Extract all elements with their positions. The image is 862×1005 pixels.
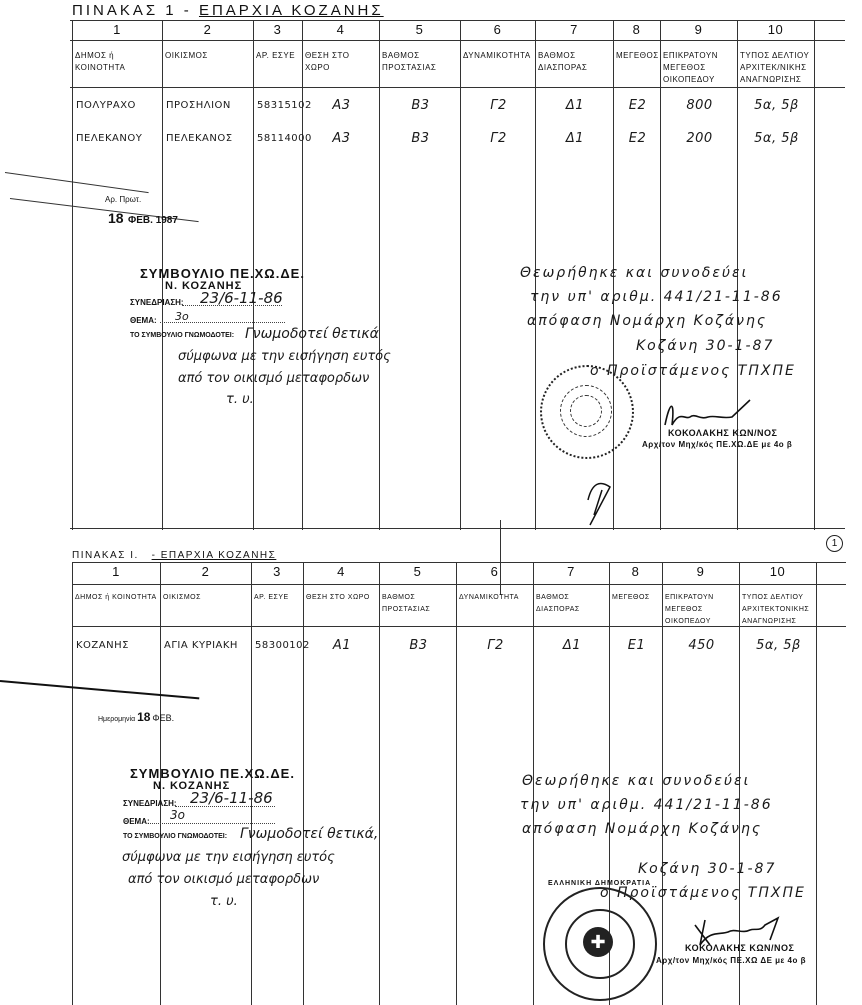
table-cell: Δ1 [539, 133, 611, 145]
date-rest: ΦΕΒ. [152, 713, 174, 723]
table2-opinion-label: ΤΟ ΣΥΜΒΟΥΛΙΟ ΓΝΩΜΟΔΟΤΕΙ: [123, 833, 227, 840]
column-header: ΔΥΝΑΜΙΚΟΤΗΤΑ [459, 592, 530, 604]
table2-opinion-line-4: τ. υ. [210, 894, 238, 909]
table-cell: Ε1 [613, 640, 660, 652]
table1-session-value: 23/6-11-86 [200, 289, 283, 307]
table2-session-label: ΣΥΝΕΔΡΙΑΣΗ: [123, 799, 177, 808]
table1-approval-line-4: Κοζάνη 30-1-87 [636, 335, 774, 357]
column-number: 4 [302, 24, 379, 36]
table2-signatory-name: ΚΟΚΟΛΑΚΗΣ ΚΩΝ/ΝΟΣ [685, 943, 794, 953]
column-header: ΤΥΠΟΣ ΔΕΛΤΙΟΥ ΑΡΧΙΤΕΚ/ΝΙΚΗΣ ΑΝΑΓΝΩΡΙΣΗΣ [740, 50, 811, 86]
column-number: 7 [535, 24, 613, 36]
column-header: ΕΠΙΚΡΑΤΟΥΝ ΜΕΓΕΘΟΣ ΟΙΚΟΠΕΔΟΥ [663, 50, 734, 86]
column-number: 6 [456, 566, 533, 578]
page-number-badge: 1 [826, 535, 843, 552]
table2-council-title: ΣΥΜΒΟΥΛΙΟ ΠΕ.ΧΩ.ΔΕ. [130, 766, 295, 781]
table-cell: ΑΓΙΑ ΚΥΡΙΑΚΗ [164, 640, 249, 652]
table-cell: Α3 [306, 133, 377, 145]
page-number: 1 [832, 538, 838, 549]
column-header: ΤΥΠΟΣ ΔΕΛΤΙΟΥ ΑΡΧΙΤΕΚΤΟΝΙΚΗΣ ΑΝΑΓΝΩΡΙΣΗΣ [742, 592, 813, 628]
table-cell: Δ1 [537, 640, 607, 652]
column-number: 6 [460, 24, 535, 36]
table2-subject-label: ΘΕΜΑ: [123, 817, 150, 826]
table2-opinion-line-3: από τον οικισμό μεταφορδων [128, 872, 319, 887]
table1-received-label: Αρ. Πρωτ. [105, 195, 141, 204]
column-header: ΜΕΓΕΘΟΣ [612, 592, 659, 604]
table-cell: Γ2 [460, 640, 531, 652]
column-number: 5 [379, 24, 460, 36]
table-cell: Γ2 [464, 133, 533, 145]
table-cell: Ε2 [617, 100, 658, 112]
table1-opinion-label: ΤΟ ΣΥΜΒΟΥΛΙΟ ΓΝΩΜΟΔΟΤΕΙ: [130, 332, 234, 339]
date-day: 18 [108, 210, 124, 226]
column-header: ΒΑΘΜΟΣ ΠΡΟΣΤΑΣΙΑΣ [382, 592, 453, 616]
table2-approval-line-2: την υπ' αριθμ. 441/21-11-86 [520, 794, 773, 816]
table2-title: ΠΙΝΑΚΑΣ Ι. - ΕΠΑΡΧΙΑ ΚΟΖΑΝΗΣ [72, 550, 276, 561]
table1-opinion-line-4: τ. υ. [226, 392, 254, 407]
table-cell: 58114000 [257, 133, 300, 145]
table-cell: 58300102 [255, 640, 301, 652]
column-number: 4 [303, 566, 379, 578]
column-header: ΑΡ. ΕΣΥΕ [254, 592, 300, 604]
table-cell: Α3 [306, 100, 377, 112]
column-header: ΔΗΜΟΣ ή ΚΟΙΝΟΤΗΤΑ [75, 50, 159, 74]
table2-subject-value: 3ο [170, 808, 185, 822]
column-number: 3 [253, 24, 302, 36]
table-cell: Α1 [307, 640, 377, 652]
table-cell: ΠΕΛΕΚΑΝΟΥ [76, 133, 160, 145]
table2-opinion-line-2: σύμφωνα με την εισήγηση ευτός [122, 850, 335, 865]
column-number: 9 [660, 24, 737, 36]
column-number: 2 [160, 566, 251, 578]
table1-session-label: ΣΥΝΕΔΡΙΑΣΗ: [130, 298, 184, 307]
column-number: 1 [72, 24, 162, 36]
date-day: 18 [137, 710, 150, 724]
table-cell: ΠΡΟΣΗΛΙΟΝ [166, 100, 251, 112]
column-number: 8 [613, 24, 660, 36]
column-number: 1 [72, 566, 160, 578]
table2-approval-line-1: Θεωρήθηκε και συνοδεύει [522, 770, 750, 792]
table-cell: Β3 [383, 133, 458, 145]
column-header: ΒΑΘΜΟΣ ΠΡΟΣΤΑΣΙΑΣ [382, 50, 457, 74]
table2-session-value: 23/6-11-86 [190, 789, 273, 807]
column-header: ΘΕΣΗ ΣΤΟ ΧΩΡΟ [306, 592, 376, 604]
table1-opinion-line-3: από τον οικισμό μεταφορδων [178, 371, 369, 386]
table-cell: ΠΟΛΥΡΑΧΟ [76, 100, 160, 112]
table1-subject-label: ΘΕΜΑ: [130, 316, 157, 325]
table2-title-region: - ΕΠΑΡΧΙΑ ΚΟΖΑΝΗΣ [152, 550, 277, 561]
column-number: 7 [533, 566, 609, 578]
table1-signatory-name: ΚΟΚΟΛΑΚΗΣ ΚΩΝ/ΝΟΣ [668, 428, 777, 438]
table2-title-prefix: ΠΙΝΑΚΑΣ Ι. [72, 550, 139, 561]
column-number: 2 [162, 24, 253, 36]
column-number: 5 [379, 566, 456, 578]
table1-approval-line-1: Θεωρήθηκε και συνοδεύει [520, 262, 748, 284]
table1-received-date: 18 ΦΕΒ. 1987 [108, 210, 178, 228]
table1-title-prefix: ΠΙΝΑΚΑΣ 1 - [72, 2, 192, 19]
column-header: ΘΕΣΗ ΣΤΟ ΧΩΡΟ [305, 50, 376, 74]
column-number: 9 [662, 566, 739, 578]
initials-icon [580, 475, 620, 530]
table1-signatory-role: Αρχ/τον Μηχ/κός ΠΕ.ΧΩ.ΔΕ με 4ο β [642, 440, 792, 449]
column-number: 10 [737, 24, 814, 36]
column-header: ΟΙΚΙΣΜΟΣ [163, 592, 248, 604]
table1-title: ΠΙΝΑΚΑΣ 1 - ΕΠΑΡΧΙΑ ΚΟΖΑΝΗΣ [72, 2, 384, 19]
column-header: ΑΡ. ΕΣΥΕ [256, 50, 299, 62]
column-number: 10 [739, 566, 816, 578]
table-cell: Ε2 [617, 133, 658, 145]
table2-opinion-line-1: Γνωμοδοτεί θετικά, [240, 826, 378, 842]
table2-approval-line-4: Κοζάνη 30-1-87 [638, 858, 776, 880]
date-rest: ΦΕΒ. 1987 [128, 215, 178, 226]
table-cell: Β3 [383, 100, 458, 112]
table1-approval-line-3: απόφαση Νομάρχη Κοζάνης [527, 310, 767, 332]
column-header: ΒΑΘΜΟΣ ΔΙΑΣΠΟΡΑΣ [538, 50, 610, 74]
coat-of-arms-icon: ✚ [583, 927, 613, 957]
table-cell: Γ2 [464, 100, 533, 112]
table1-subject-value: 3ο [175, 310, 189, 323]
table-cell: 450 [666, 640, 737, 652]
column-header: ΔΗΜΟΣ ή ΚΟΙΝΟΤΗΤΑ [75, 592, 157, 604]
column-header: ΔΥΝΑΜΙΚΟΤΗΤΑ [463, 50, 532, 62]
table-cell: ΚΟΖΑΝΗΣ [76, 640, 158, 652]
table2-approval-line-3: απόφαση Νομάρχη Κοζάνης [522, 818, 762, 840]
table-cell: 5α, 5β [743, 640, 814, 652]
table1-opinion-line-2: σύμφωνα με την εισήγηση ευτός [178, 349, 391, 364]
table1-council-title: ΣΥΜΒΟΥΛΙΟ ΠΕ.ΧΩ.ΔΕ. [140, 266, 305, 281]
received-label: Ημερομηνία [98, 716, 135, 723]
table2-received-stamp: Ημερομηνία 18 ΦΕΒ. [98, 710, 174, 724]
column-header: ΟΙΚΙΣΜΟΣ [165, 50, 250, 62]
table-cell: 5α, 5β [741, 133, 812, 145]
table-cell: 200 [664, 133, 735, 145]
table1-approval-line-2: την υπ' αριθμ. 441/21-11-86 [530, 286, 783, 308]
column-header: ΕΠΙΚΡΑΤΟΥΝ ΜΕΓΕΘΟΣ ΟΙΚΟΠΕΔΟΥ [665, 592, 736, 628]
table-cell: Δ1 [539, 100, 611, 112]
table-cell: 800 [664, 100, 735, 112]
column-header: ΒΑΘΜΟΣ ΔΙΑΣΠΟΡΑΣ [536, 592, 606, 616]
column-number: 8 [609, 566, 662, 578]
table2-signatory-role: Αρχ/τον Μηχ/κός ΠΕ.ΧΩ ΔΕ με 4ο β [656, 956, 806, 965]
table-cell: Β3 [383, 640, 454, 652]
column-number: 3 [251, 566, 303, 578]
column-header: ΜΕΓΕΘΟΣ [616, 50, 657, 62]
table1-title-region: ΕΠΑΡΧΙΑ ΚΟΖΑΝΗΣ [199, 2, 384, 19]
table-cell: 58315102 [257, 100, 300, 112]
table1-opinion-line-1: Γνωμοδοτεί θετικά [245, 326, 379, 342]
table-cell: 5α, 5β [741, 100, 812, 112]
table-cell: ΠΕΛΕΚΑΝΟΣ [166, 133, 251, 145]
seal-text: ΕΛΛΗΝΙΚΗ ΔΗΜΟΚΡΑΤΙΑ [548, 880, 651, 887]
